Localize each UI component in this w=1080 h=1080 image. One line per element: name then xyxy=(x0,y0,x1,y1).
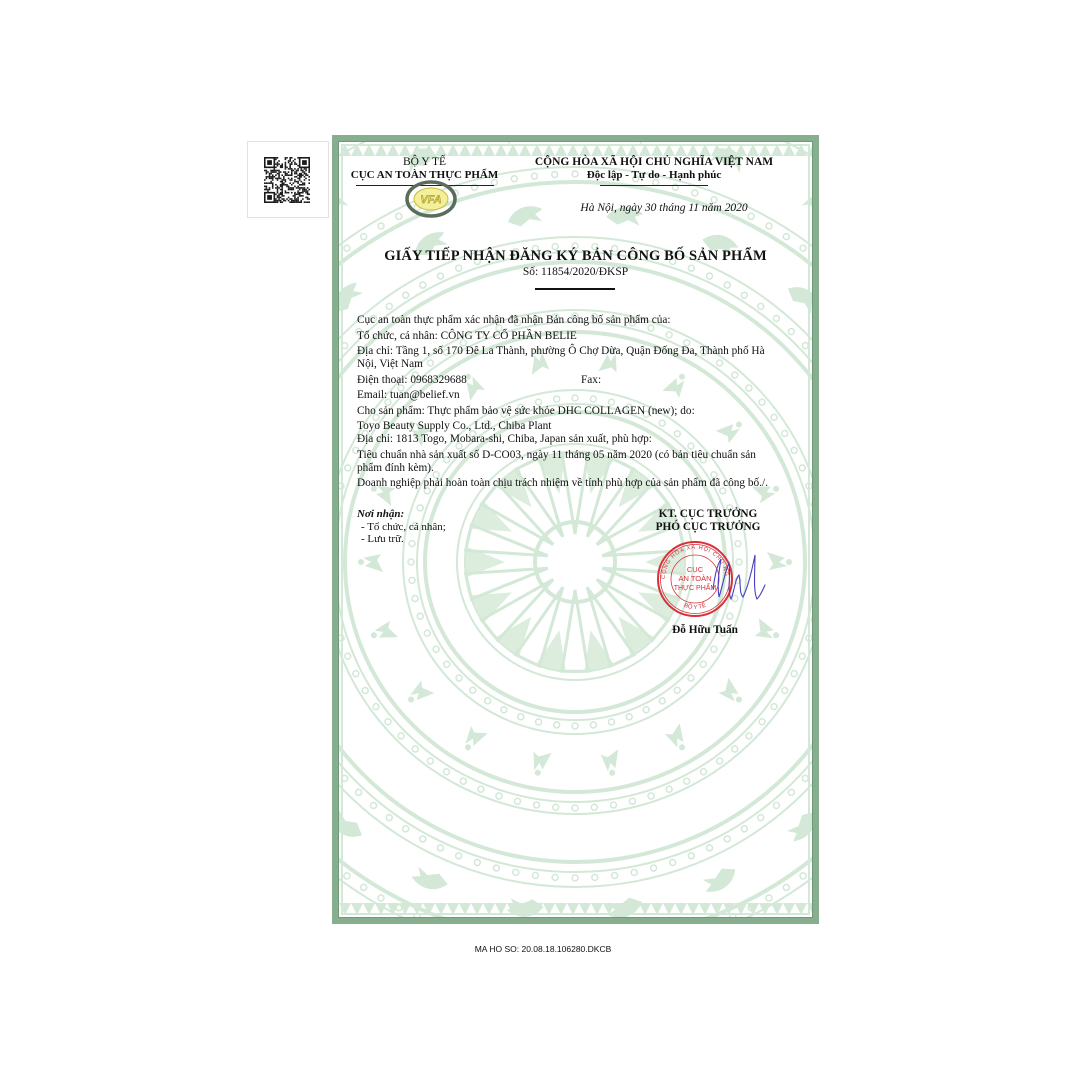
document-number: Số: 11854/2020/ĐKSP xyxy=(339,266,812,278)
responsibility-line: Doanh nghiệp phải hoàn toàn chịu trách n… xyxy=(357,477,797,490)
certificate-frame: BỘ Y TẾ CỤC AN TOÀN THỰC PHẨM VFA CỘNG H… xyxy=(332,135,819,924)
file-code: MA HO SO: 20.08.18.106280.DKCB xyxy=(0,944,1080,954)
svg-text:CỤC: CỤC xyxy=(687,565,704,574)
signature-title-2: PHÓ CỤC TRƯỞNG xyxy=(619,521,797,534)
address-line-1: Địa chỉ: Tầng 1, số 170 Đê La Thành, phư… xyxy=(357,345,797,358)
certificate-page: BỘ Y TẾ CỤC AN TOÀN THỰC PHẨM VFA CỘNG H… xyxy=(338,141,813,918)
national-header: CỘNG HÒA XÃ HỘI CHỦ NGHĨA VIỆT NAM Độc l… xyxy=(519,156,789,186)
recipients-label: Nơi nhận: xyxy=(357,508,446,521)
svg-text:VFA: VFA xyxy=(420,194,441,206)
signature-title-1: KT. CỤC TRƯỞNG xyxy=(619,508,797,521)
national-motto: Độc lập - Tự do - Hạnh phúc xyxy=(519,169,789,182)
ministry-name: BỘ Y TẾ xyxy=(347,156,502,169)
signature-title-block: KT. CỤC TRƯỞNG PHÓ CỤC TRƯỞNG xyxy=(619,508,797,533)
manufacturer-line: Toyo Beauty Supply Co., Ltd., Chiba Plan… xyxy=(357,420,797,433)
motto-rule xyxy=(600,185,708,186)
recipient-item: - Tổ chức, cá nhân; xyxy=(357,521,446,534)
republic-name: CỘNG HÒA XÃ HỘI CHỦ NGHĨA VIỆT NAM xyxy=(519,156,789,169)
signer-name: Đỗ Hữu Tuấn xyxy=(635,624,775,636)
qr-code xyxy=(264,157,310,203)
svg-text:AN TOÀN: AN TOÀN xyxy=(678,574,711,583)
organization-line: Tổ chức, cá nhân: CÔNG TY CỔ PHẦN BELIE xyxy=(357,330,797,343)
phone: Điện thoại: 0968329688 xyxy=(357,374,467,386)
address-line-2: Nội, Việt Nam xyxy=(357,358,797,371)
recipient-item: - Lưu trữ. xyxy=(357,533,446,546)
standard-line-2: phẩm đính kèm). xyxy=(357,462,797,475)
fax: Fax: xyxy=(581,374,601,387)
qr-code-panel xyxy=(247,141,329,218)
issue-date: Hà Nội, ngày 30 tháng 11 năm 2020 xyxy=(519,202,809,214)
vfa-logo-icon: VFA xyxy=(401,180,461,218)
email-line: Email: tuan@belief.vn xyxy=(357,389,797,402)
title-rule xyxy=(535,288,615,290)
intro-line: Cục an toàn thực phẩm xác nhận đã nhận B… xyxy=(357,314,797,327)
document-body: Cục an toàn thực phẩm xác nhận đã nhận B… xyxy=(357,314,797,490)
phone-line: Điện thoại: 0968329688 Fax: xyxy=(357,374,797,387)
product-line: Cho sản phẩm: Thực phẩm bảo vệ sức khỏe … xyxy=(357,405,797,418)
standard-line-1: Tiêu chuẩn nhà sản xuất số D-CO03, ngày … xyxy=(357,449,797,462)
document-title: GIẤY TIẾP NHẬN ĐĂNG KÝ BẢN CÔNG BỐ SẢN P… xyxy=(339,248,812,265)
manufacturer-address-line: Địa chỉ: 1813 Togo, Mobara-shi, Chiba, J… xyxy=(357,433,797,446)
recipients-block: Nơi nhận: - Tổ chức, cá nhân; - Lưu trữ. xyxy=(357,508,446,546)
handwritten-signature xyxy=(709,545,769,607)
